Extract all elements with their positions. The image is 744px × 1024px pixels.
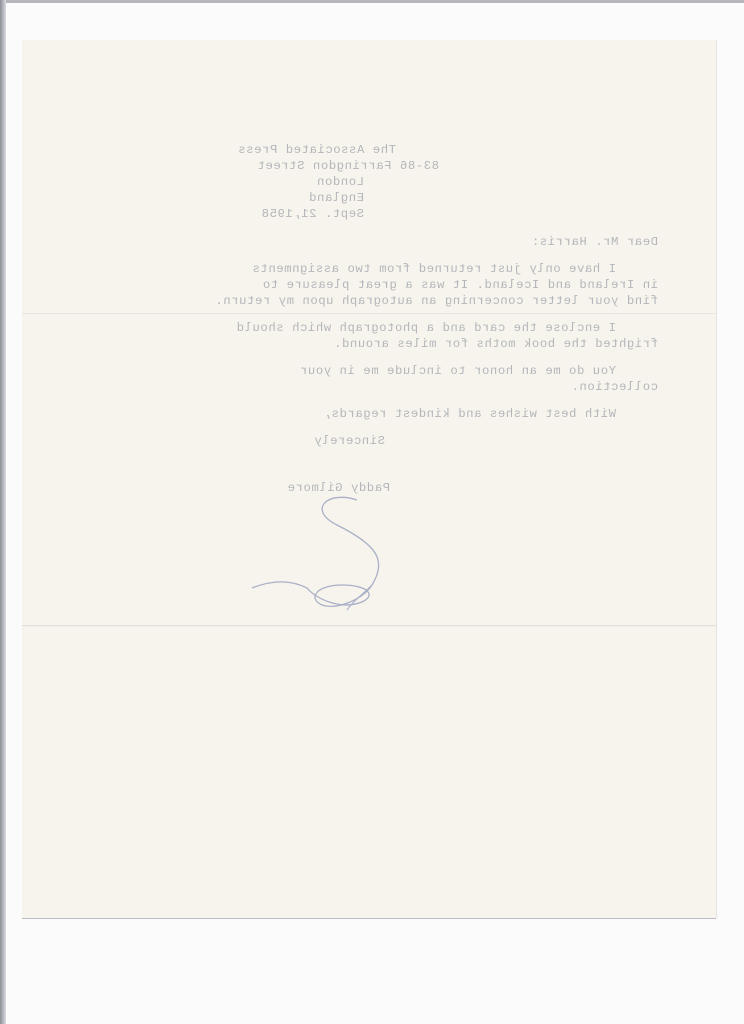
paragraph-3-line-1: You do me an honor to include me in your bbox=[299, 364, 616, 378]
header-country: England bbox=[309, 191, 364, 205]
paragraph-1-line-3: find your letter concerning an autograph… bbox=[215, 294, 658, 308]
header-address: 83-86 Farringdon Street bbox=[257, 159, 439, 173]
scanner-frame-top bbox=[0, 0, 744, 3]
paragraph-1-line-2: in Ireland and Iceland. It was a great p… bbox=[262, 278, 658, 292]
salutation: Dear Mr. Harris: bbox=[531, 235, 658, 249]
paragraph-3-line-2: collection. bbox=[571, 380, 658, 394]
mirrored-letter-text: The Associated Press 83-86 Farringdon St… bbox=[22, 40, 716, 918]
header-city: London bbox=[317, 175, 364, 189]
paragraph-2-line-1: I enclose the card and a photograph whic… bbox=[236, 321, 616, 335]
header-date: Sept. 21,1958 bbox=[261, 207, 364, 221]
letter-paper: The Associated Press 83-86 Farringdon St… bbox=[22, 40, 716, 918]
scanner-frame-left bbox=[0, 0, 6, 1024]
header-organization: The Associated Press bbox=[238, 143, 396, 157]
paragraph-1-line-1: I have only just returned from two assig… bbox=[252, 262, 616, 276]
paragraph-2-line-2: frighted the book moths for miles around… bbox=[334, 337, 658, 351]
closing: Sincerely bbox=[314, 434, 385, 448]
paragraph-4-line-1: With best wishes and kindest regards, bbox=[323, 407, 616, 421]
handwritten-signature bbox=[247, 490, 427, 620]
